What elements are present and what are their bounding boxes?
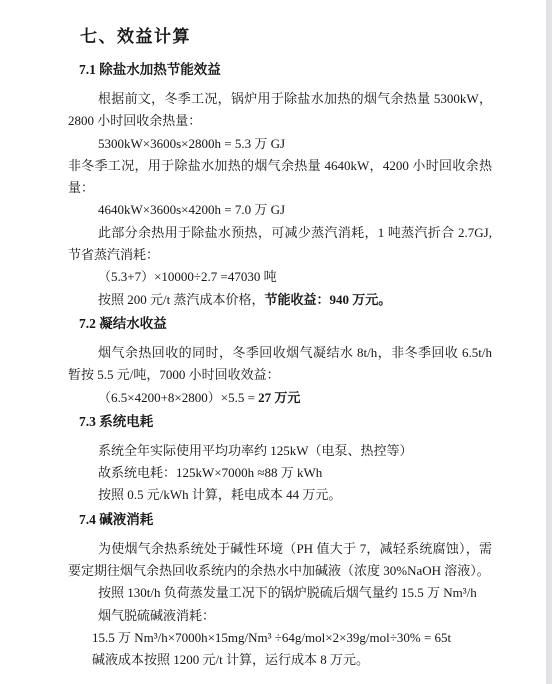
paragraph-alkali-consumption-label: 烟气脱硫碱液消耗： (68, 605, 492, 627)
energy-saving-result: 节能收益：940 万元。 (264, 292, 391, 307)
paragraph-alkaline-environment: 为使烟气余热系统处于碱性环境（PH 值大于 7，减轻系统腐蚀），需要定期往烟气余… (68, 538, 492, 583)
section-heading-7-1: 7.1 除盐水加热节能效益 (79, 61, 492, 79)
formula-non-winter-heat: 4640kW×3600s×4200h = 7.0 万 GJ (68, 199, 492, 221)
formula-text: （6.5×4200+8×2800）×5.5 = (98, 390, 258, 405)
document-content: 七、效益计算 7.1 除盐水加热节能效益 根据前文，冬季工况，锅炉用于除盐水加热… (68, 26, 492, 672)
section-heading-7-2: 7.2 凝结水收益 (79, 315, 492, 333)
paragraph-power-consumption: 故系统电耗：125kW×7000h ≈88 万 kWh (68, 462, 492, 484)
paragraph-energy-saving-benefit: 按照 200 元/t 蒸汽成本价格，节能收益：940 万元。 (68, 289, 492, 311)
document-page: 七、效益计算 7.1 除盐水加热节能效益 根据前文，冬季工况，锅炉用于除盐水加热… (0, 0, 552, 684)
section-heading-7-4: 7.4 碱液消耗 (79, 511, 492, 529)
paragraph-flue-gas-volume: 按照 130t/h 负荷蒸发量工况下的锅炉脱硫后烟气量约 15.5 万 Nm³/… (68, 582, 492, 604)
formula-condensate-benefit: （6.5×4200+8×2800）×5.5 = 27 万元 (68, 387, 492, 409)
condensate-result: 27 万元 (258, 390, 300, 405)
formula-steam-tons: （5.3+7）×10000÷2.7 =47030 吨 (68, 266, 492, 288)
paragraph-steam-saving: 此部分余热用于除盐水预热，可减少蒸汽消耗，1 吨蒸汽折合 2.7GJ, 节省蒸汽… (68, 222, 492, 267)
paragraph-average-power: 系统全年实际使用平均功率约 125kW（电泵、热控等） (68, 440, 492, 462)
formula-winter-heat: 5300kW×3600s×2800h = 5.3 万 GJ (68, 133, 492, 155)
section-heading-7-3: 7.3 系统电耗 (79, 413, 492, 431)
paragraph-non-winter-condition: 非冬季工况，用于除盐水加热的烟气余热量 4640kW，4200 小时回收余热量： (68, 155, 492, 200)
paragraph-electricity-cost: 按照 0.5 元/kWh 计算，耗电成本 44 万元。 (68, 484, 492, 506)
page-right-edge (546, 0, 552, 684)
paragraph-winter-condition: 根据前文，冬季工况，锅炉用于除盐水加热的烟气余热量 5300kW，2800 小时… (68, 88, 492, 133)
paragraph-condensate-recovery: 烟气余热回收的同时，冬季回收烟气凝结水 8t/h，非冬季回收 6.5t/h 暂按… (68, 342, 492, 387)
paragraph-alkali-cost: 碱液成本按照 1200 元/t 计算，运行成本 8 万元。 (68, 649, 492, 671)
paragraph-text: 按照 200 元/t 蒸汽成本价格， (98, 292, 264, 307)
formula-alkali-consumption: 15.5 万 Nm³/h×7000h×15mg/Nm³ ÷64g/mol×2×3… (68, 627, 492, 649)
document-title: 七、效益计算 (80, 26, 492, 48)
